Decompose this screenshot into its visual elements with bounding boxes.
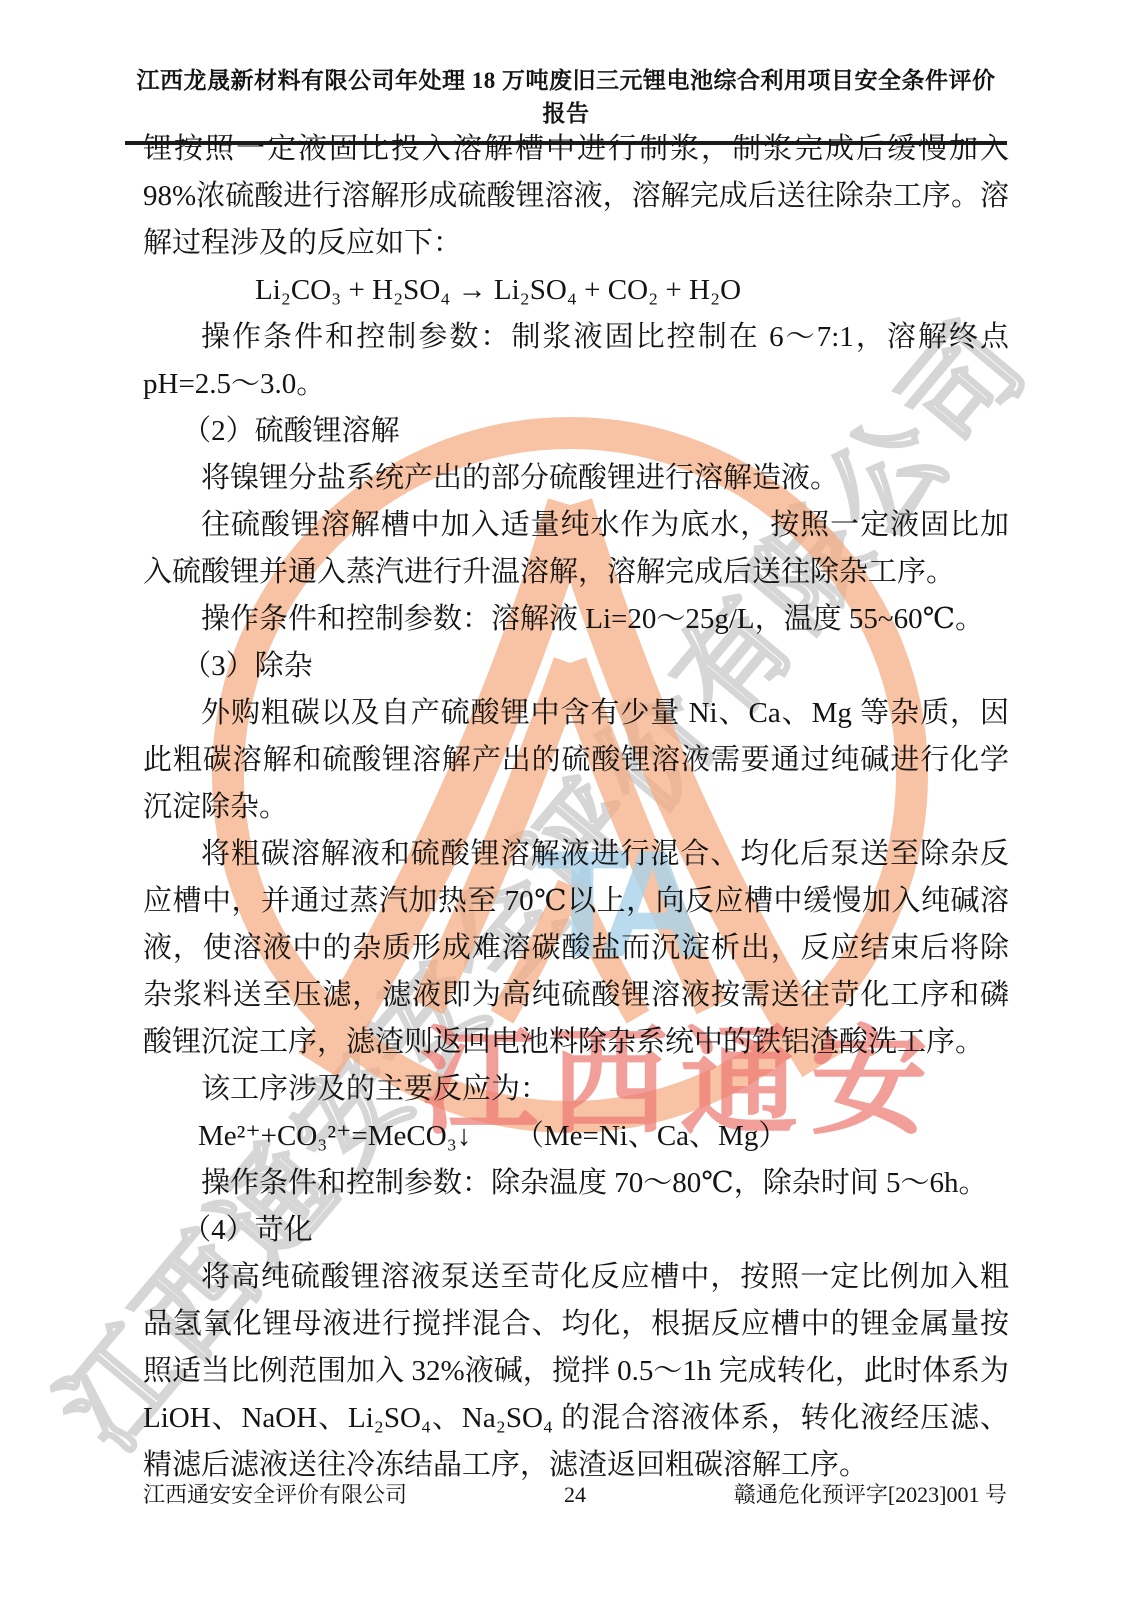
section-heading-causticization: （4）苛化 <box>143 1207 1009 1254</box>
paragraph-impurities: 外购粗碳以及自产硫酸锂中含有少量 Ni、Ca、Mg 等杂质，因此粗碳溶解和硫酸锂… <box>143 690 1009 831</box>
footer-page-number: 24 <box>535 1482 615 1508</box>
paragraph-operating-conditions-slurry: 操作条件和控制参数：制浆液固比控制在 6～7:1，溶解终点 pH=2.5～3.0… <box>143 314 1009 408</box>
footer-document-number: 赣通危化预评字[2023]001 号 <box>615 1478 1007 1509</box>
paragraph-nickel-lithium-salt: 将镍锂分盐系统产出的部分硫酸锂进行溶解造液。 <box>143 455 1009 502</box>
paragraph-main-reaction-intro: 该工序涉及的主要反应为： <box>143 1066 1009 1113</box>
paragraph-impurity-removal-process: 将粗碳溶解液和硫酸锂溶解液进行混合、均化后泵送至除杂反应槽中，并通过蒸汽加热至 … <box>143 831 1009 1066</box>
section-heading-impurity-removal: （3）除杂 <box>143 643 1009 690</box>
paragraph-slurry-dissolution: 锂按照一定液固比投入溶解槽中进行制浆，制浆完成后缓慢加入 98%浓硫酸进行溶解形… <box>143 126 1009 267</box>
chemical-equation-metal-carbonate: Me²⁺+CO₃²⁺=MeCO₃↓ （Me=Ni、Ca、Mg） <box>198 1113 1009 1160</box>
document-page: 江西通安安全评价有限公司 TA 江西通安 江西龙晟新材料有限公司年处理 18 万… <box>0 0 1131 1600</box>
chemical-equation-lithium-carbonate: Li₂CO₃ + H₂SO₄ → Li₂SO₄ + CO₂ + H₂O <box>255 267 1009 314</box>
paragraph-operating-conditions-dissolution: 操作条件和控制参数：溶解液 Li=20～25g/L，温度 55~60℃。 <box>143 596 1009 643</box>
section-heading-lithium-sulfate-dissolution: （2）硫酸锂溶解 <box>143 408 1009 455</box>
paragraph-operating-conditions-impurity: 操作条件和控制参数：除杂温度 70～80℃，除杂时间 5～6h。 <box>143 1160 1009 1207</box>
report-title: 江西龙晟新材料有限公司年处理 18 万吨废旧三元锂电池综合利用项目安全条件评价报… <box>137 68 996 126</box>
page-footer: 江西通安安全评价有限公司 24 赣通危化预评字[2023]001 号 <box>143 1478 1007 1509</box>
footer-company-name: 江西通安安全评价有限公司 <box>143 1478 535 1509</box>
paragraph-dissolution-tank: 往硫酸锂溶解槽中加入适量纯水作为底水，按照一定液固比加入硫酸锂并通入蒸汽进行升温… <box>143 502 1009 596</box>
document-body: 锂按照一定液固比投入溶解槽中进行制浆，制浆完成后缓慢加入 98%浓硫酸进行溶解形… <box>143 126 1009 1489</box>
paragraph-causticization-process: 将高纯硫酸锂溶液泵送至苛化反应槽中，按照一定比例加入粗品氢氧化锂母液进行搅拌混合… <box>143 1254 1009 1489</box>
